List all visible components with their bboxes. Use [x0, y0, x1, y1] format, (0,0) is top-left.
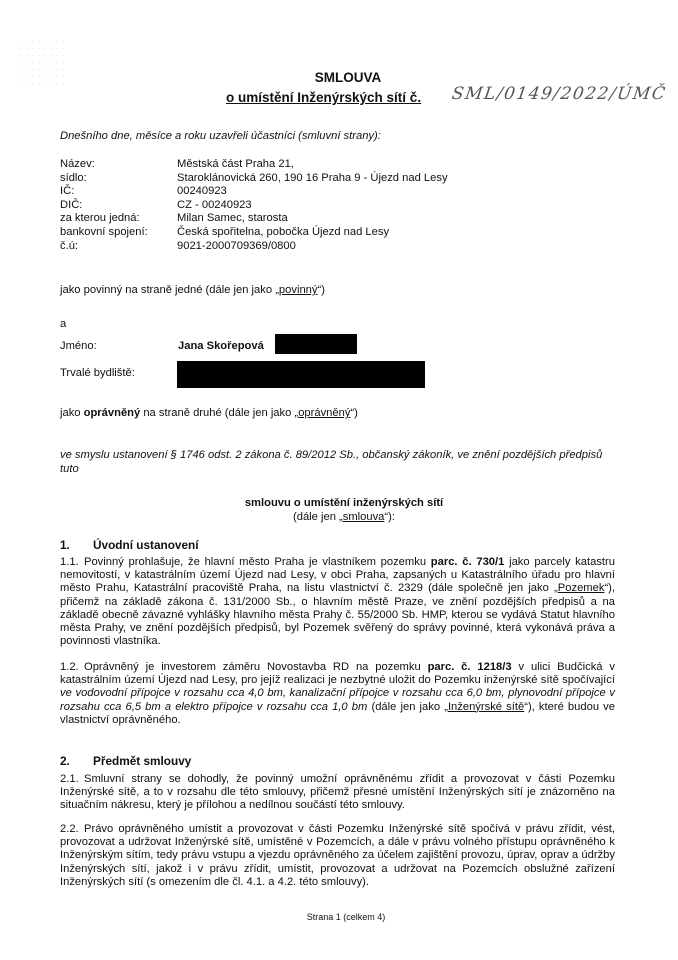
redaction-box [275, 334, 357, 354]
paragraph-2-2: 2.2.Právo oprávněného umístit a provozov… [60, 823, 615, 889]
party1-row: IČ:00240923 [60, 185, 448, 199]
party1-role: jako povinný na straně jedné (dále jen j… [60, 284, 325, 296]
document-title: SMLOUVA [0, 70, 678, 85]
page-footer: Strana 1 (celkem 4) [0, 912, 678, 922]
handwritten-contract-number: SML/0149/2022/ÚMČ [451, 84, 668, 104]
party2-role: jako oprávněný na straně druhé (dále jen… [60, 407, 358, 419]
section-heading: 2.Předmět smlouvy [60, 754, 191, 768]
party2-name-value: Jana Skořepová [178, 340, 264, 352]
party1-row: sídlo:Staroklánovická 260, 190 16 Praha … [60, 172, 448, 186]
party2-name-label: Jméno: [60, 340, 97, 352]
conjunction: a [60, 318, 66, 330]
party1-row: bankovní spojení:Česká spořitelna, poboč… [60, 226, 448, 240]
paragraph-1-2: 1.2.Oprávněný je investorem záměru Novos… [60, 661, 615, 727]
contract-alias: (dále jen „smlouva“): [0, 511, 678, 523]
paragraph-1-1: 1.1.Povinný prohlašuje, že hlavní město … [60, 556, 615, 648]
section-heading: 1.Úvodní ustanovení [60, 538, 199, 552]
party1-row: za kterou jedná:Milan Samec, starosta [60, 212, 448, 226]
contract-heading: smlouvu o umístění inženýrských sítí [0, 497, 678, 509]
legal-basis: ve smyslu ustanovení § 1746 odst. 2 záko… [60, 448, 620, 476]
document-subtitle: o umístění Inženýrských sítí č. [226, 90, 421, 105]
party2-address-label: Trvalé bydliště: [60, 367, 135, 379]
party1-details: Název:Městská část Praha 21, sídlo:Staro… [60, 158, 448, 253]
party1-row: DIČ:CZ - 00240923 [60, 199, 448, 213]
intro-text: Dnešního dne, měsíce a roku uzavřeli úča… [60, 130, 381, 142]
paragraph-2-1: 2.1.Smluvní strany se dohodly, že povinn… [60, 773, 615, 813]
redaction-box [177, 361, 425, 388]
party1-row: Název:Městská část Praha 21, [60, 158, 448, 172]
party1-row: č.ú:9021-2000709369/0800 [60, 240, 448, 254]
